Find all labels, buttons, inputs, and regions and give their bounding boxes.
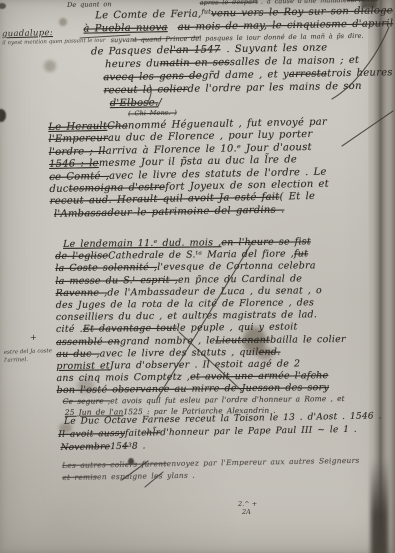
ms-segment: de Pasques de bbox=[91, 45, 170, 57]
ms-segment-struck: et avoit une armée l'afche bbox=[190, 370, 328, 382]
ms-segment-struck: Ce segure , bbox=[63, 397, 111, 406]
ms-segment-struck: Ravenne , bbox=[56, 287, 108, 299]
ms-segment: l'evesque de Cortonna celebra bbox=[157, 261, 316, 274]
manuscript-paragraph: ( Chi Mons. )Le Herault Chanommé Héguena… bbox=[48, 106, 330, 221]
ms-segment: de l'Ambassadeur de Luca , du senat , o bbox=[107, 285, 322, 298]
ms-segment-struck: assemblé en bbox=[56, 336, 120, 348]
edge-ink-blot bbox=[371, 459, 388, 553]
ms-segment: fut bbox=[201, 9, 211, 16]
edge-speck bbox=[0, 109, 6, 122]
edge-speck bbox=[0, 3, 6, 9]
ms-segment: . Suyvant les onze bbox=[226, 42, 327, 55]
ms-segment-struck: end. bbox=[259, 346, 281, 357]
ms-segment-struck: l'Empereur bbox=[48, 133, 108, 145]
ms-segment: Cathedrale de S.ᵗᵃ Maria del fiore , bbox=[108, 249, 294, 262]
ms-segment: . à cause d'une maladie bbox=[261, 0, 347, 6]
ms-segment-struck: survenue bbox=[347, 0, 378, 4]
ms-segment-struck: ( Chi Mons. ) bbox=[128, 109, 177, 118]
manuscript-page: De quant onapres le despart. à cause d'u… bbox=[0, 0, 395, 553]
ms-segment: De quant on bbox=[67, 0, 112, 9]
ms-segment: avec le livre des statuts , quil bbox=[100, 347, 259, 360]
ms-segment-struck: et remis bbox=[62, 472, 97, 482]
ms-segment-struck: tesmoigna d'estre bbox=[69, 182, 166, 195]
ms-segment-struck: la messe du S.ᵗ esprit , bbox=[55, 274, 178, 286]
ms-segment-struck: Novembre bbox=[60, 442, 110, 453]
ms-segment: grand nombre , le bbox=[120, 335, 215, 347]
margin-note-lower: estre del Ja coste l'arrinel. bbox=[4, 347, 53, 365]
ms-segment-struck: l'ordre ; Il bbox=[49, 146, 106, 158]
ms-segment: ans cinq mois Comptetz , bbox=[56, 372, 190, 384]
manuscript-paragraph: De quant onapres le despart. à cause d'u… bbox=[62, 0, 395, 112]
ms-segment-struck: Les autres coliers furent bbox=[62, 459, 167, 470]
ms-segment-struck: 1546 : le bbox=[49, 158, 99, 170]
ms-segment-struck: au duc , bbox=[56, 348, 100, 359]
ms-segment-struck: venu vers le Roy sur son dialoge bbox=[211, 5, 393, 19]
ms-segment-struck: ce Comté , bbox=[49, 170, 109, 182]
ms-segment: trois heures bbox=[327, 67, 393, 79]
ms-segment-struck: fut bbox=[294, 249, 308, 260]
ms-segment-struck: d'Elbose. bbox=[110, 97, 159, 109]
ms-segment-struck: Le Herault bbox=[48, 121, 107, 133]
ms-segment-struck: Cha bbox=[107, 120, 128, 131]
ms-segment-struck: matin en ses bbox=[160, 57, 230, 69]
ms-segment: gr̃d dame , et y bbox=[202, 69, 289, 82]
ms-segment: 15 bbox=[110, 442, 122, 452]
ms-segment: de l'ordre par les mains de son bbox=[188, 81, 362, 95]
ms-segment-struck: chl̃r bbox=[141, 428, 160, 438]
ms-segment: envoyez par l'Empereur aux autres Seigne… bbox=[167, 456, 360, 468]
ms-segment: le peuple , qui y estoit bbox=[177, 322, 298, 334]
margin-note-line: estre del Ja coste bbox=[4, 347, 52, 357]
ms-segment-struck: Et davantage tout bbox=[83, 323, 177, 335]
ms-segment: Le Comte de Feria, bbox=[95, 9, 201, 22]
ms-segment-struck: au mois de may, le cinquiesme d'apuril bbox=[178, 18, 394, 33]
ms-segment: et avois quil fut esleu par l'ordre d'ho… bbox=[110, 394, 345, 405]
ms-segment: en p̃nce du Cardinal de bbox=[178, 273, 302, 285]
ms-segment: Jura d'observer . Il estoit aagé de 2 bbox=[110, 358, 300, 371]
ms-segment: en espaigne les ylans . bbox=[97, 471, 195, 482]
ms-segment-struck: avecq les gens de bbox=[103, 71, 202, 84]
ms-segment: ( Et le bbox=[279, 191, 315, 203]
paper-stain bbox=[44, 60, 56, 72]
folio-marks: 2.^ + 2A bbox=[238, 500, 257, 516]
ms-segment: bailla le colier bbox=[270, 333, 346, 345]
ms-segment-struck: apres le despart bbox=[200, 0, 258, 7]
ms-segment-struck: la Coste solennité , bbox=[55, 262, 157, 274]
manuscript-paragraph: Le Duc Octave Farnese receut la Toison l… bbox=[58, 411, 382, 456]
folio-mark-row: 2A bbox=[242, 508, 257, 516]
ms-segment: / bbox=[158, 97, 162, 108]
ms-segment: Le lendemain 11.ᵉ dud. mois , bbox=[63, 237, 221, 250]
ms-segment: cité . bbox=[56, 324, 83, 335]
ms-segment-struck: Il avoit aussy bbox=[58, 429, 125, 440]
ms-segment-struck: arresta bbox=[289, 68, 327, 80]
ms-segment: fait bbox=[125, 429, 141, 439]
margin-note-guadalupe: guadalupe: il nyest mention quen passant… bbox=[2, 27, 106, 47]
ms-segment: promist et bbox=[56, 360, 110, 372]
ms-segment-struck: en l'heure se fist bbox=[221, 236, 311, 248]
manuscript-paragraph: Le lendemain 11.ᵉ dud. mois , en l'heure… bbox=[55, 236, 347, 418]
ms-segment-struck: Lieutenant bbox=[215, 334, 270, 346]
margin-cross-mark: + bbox=[30, 333, 37, 342]
folio-mark-row: 2.^ + bbox=[238, 500, 257, 508]
ms-segment-struck: receut le colier bbox=[103, 84, 187, 96]
manuscript-paragraph: Les autres coliers furent envoyez par l'… bbox=[62, 456, 360, 485]
ms-segment: salles de la maison ; et bbox=[230, 55, 360, 68]
ms-segment: 8 . bbox=[132, 441, 146, 451]
ms-segment: heures du bbox=[105, 58, 160, 70]
ms-segment: d'honneur par le Pape Paul III ~ le 1 . bbox=[160, 425, 357, 438]
ms-segment-struck: de l'eglise bbox=[55, 251, 108, 263]
margin-note-line: l'arrinel. bbox=[4, 355, 52, 365]
ms-segment: duc bbox=[49, 184, 68, 195]
ms-segment-struck: l'an 1547 bbox=[170, 44, 221, 56]
